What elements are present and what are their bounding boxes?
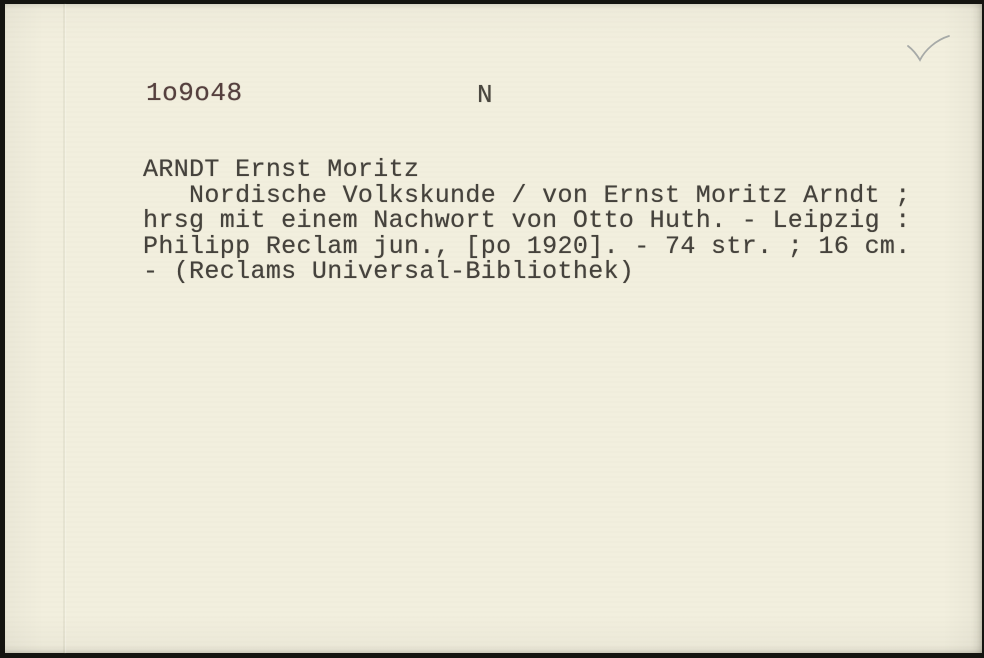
call-number: 1o9o48 <box>146 78 243 108</box>
entry-line-heading: ARNDT Ernst Moritz <box>143 157 911 183</box>
entry-line-publication: Philipp Reclam jun., [po 1920]. - 74 str… <box>143 234 911 260</box>
pencil-checkmark-icon <box>906 33 952 65</box>
section-letter: N <box>477 80 493 110</box>
catalog-entry: ARNDT Ernst Moritz Nordische Volkskunde … <box>143 157 911 285</box>
entry-line-editor: hrsg mit einem Nachwort von Otto Huth. -… <box>143 208 911 234</box>
scanned-catalog-card: 1o9o48 N ARNDT Ernst Moritz Nordische Vo… <box>0 0 984 658</box>
entry-line-title: Nordische Volkskunde / von Ernst Moritz … <box>143 183 911 209</box>
catalog-card-paper: 1o9o48 N ARNDT Ernst Moritz Nordische Vo… <box>5 4 982 653</box>
entry-line-series: - (Reclams Universal-Bibliothek) <box>143 259 911 285</box>
paper-crease <box>63 4 65 653</box>
